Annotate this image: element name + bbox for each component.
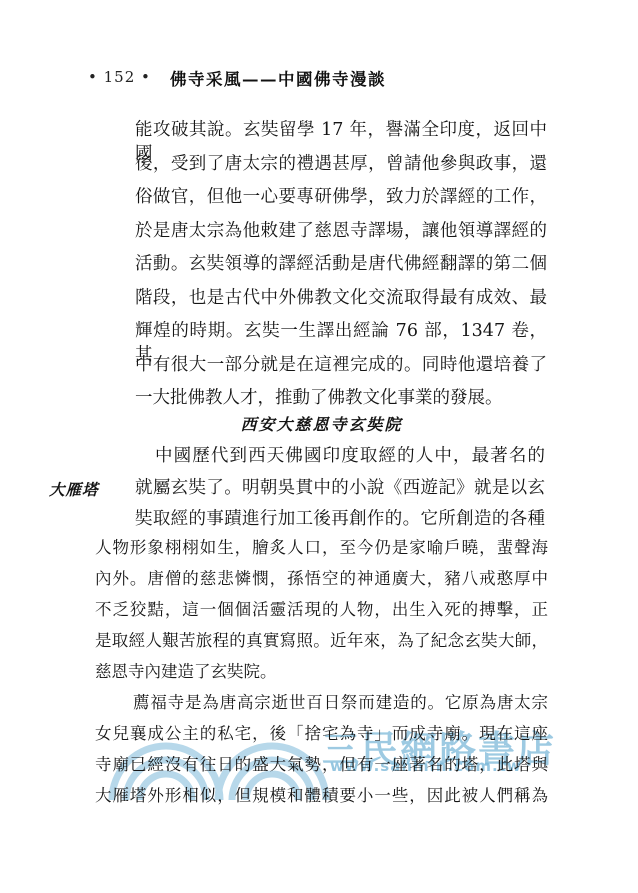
text-line: 於是唐太宗為他敕建了慈恩寺譯場，讓他領導譯經的 — [135, 219, 547, 243]
page-number: • 152 • — [88, 68, 151, 86]
text-line: 中有很大一部分就是在這裡完成的。同時他還培養了 — [135, 353, 547, 377]
text-line: 內外。唐僧的慈悲憐憫，孫悟空的神通廣大，豬八戒憨厚中 — [95, 567, 548, 591]
text-line: 薦福寺是為唐高宗逝世百日祭而建造的。它原為唐太宗 — [133, 691, 548, 715]
text-line: 是取經人艱苦旅程的真實寫照。近年來，為了紀念玄奘大師， — [95, 629, 548, 653]
text-line: 不乏狡黠，這一個個活靈活現的人物，出生入死的搏擊，正 — [95, 598, 548, 622]
text-line: 慈恩寺內建造了玄奘院。 — [95, 660, 548, 684]
text-line: 奘取經的事蹟進行加工後再創作的。它所創造的各種 — [135, 507, 545, 531]
text-line: 就屬玄奘了。明朝吳貫中的小說《西遊記》就是以玄 — [135, 476, 545, 500]
margin-note-dayanta: 大雁塔 — [49, 478, 99, 500]
book-title: 佛寺采風——中國佛寺漫談 — [170, 66, 386, 90]
text-line: 階段，也是古代中外佛教文化交流取得最有成效、最 — [135, 286, 547, 310]
text-line: 後，受到了唐太宗的禮遇甚厚，曾請他參與政事，還 — [135, 152, 547, 176]
text-line: 俗做官，但他一心要專研佛學，致力於譯經的工作， — [135, 185, 547, 209]
running-header: • 152 • 佛寺采風——中國佛寺漫談 — [0, 66, 638, 90]
text-line: 活動。玄奘領導的譯經活動是唐代佛經翻譯的第二個 — [135, 252, 547, 276]
text-line: 寺廟已經沒有往日的盛大氣勢，但有一座著名的塔，此塔與 — [95, 753, 548, 777]
text-line: 女兒襄成公主的私宅，後「捨宅為寺」而成寺廟。現在這座 — [95, 722, 548, 746]
section-heading: 西安大慈恩寺玄奘院 — [95, 412, 548, 435]
text-line: 中國歷代到西天佛國印度取經的人中，最著名的 — [155, 444, 545, 468]
text-line: 人物形象栩栩如生，膾炙人口，至今仍是家喻戶曉，蜚聲海 — [95, 536, 548, 560]
book-page: 三民網路書店 www.sanmin.com.tw • 152 • 佛寺采風——中… — [0, 0, 638, 893]
text-line: 一大批佛教人才，推動了佛教文化事業的發展。 — [135, 386, 547, 410]
text-line: 大雁塔外形相似，但規模和體積要小一些，因此被人們稱為 — [95, 784, 548, 808]
